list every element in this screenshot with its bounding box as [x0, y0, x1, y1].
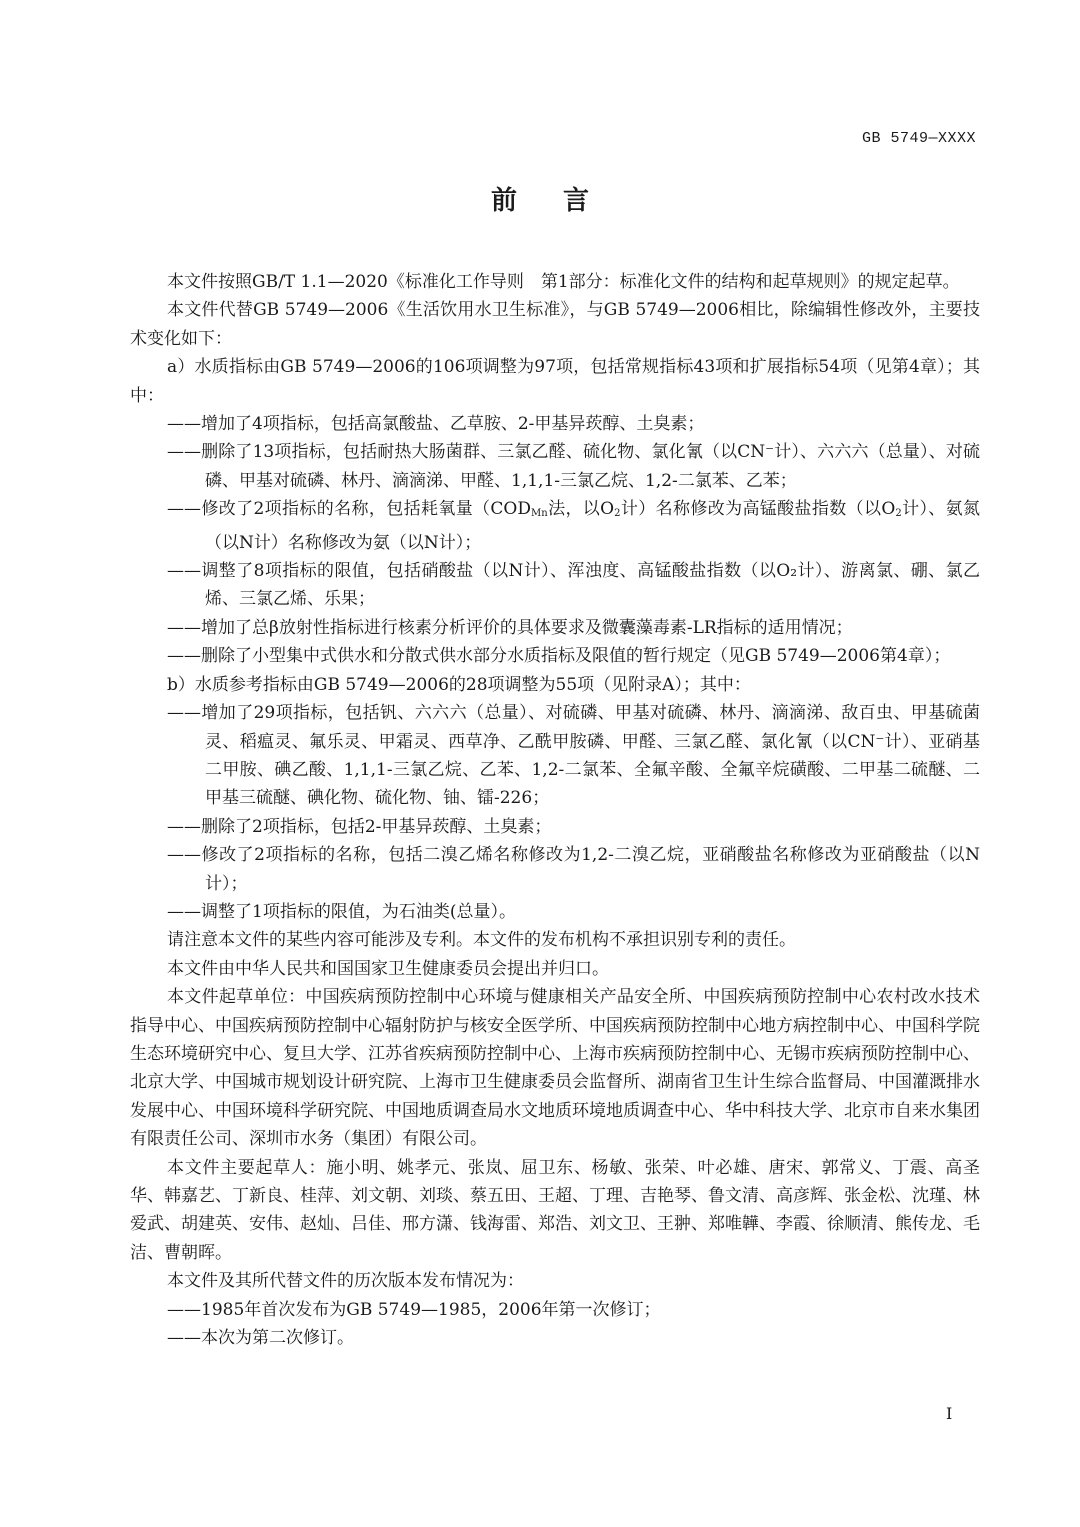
paragraph-proposer: 本文件由中华人民共和国国家卫生健康委员会提出并归口。 [130, 955, 980, 983]
paragraph-drafting-units: 本文件起草单位：中国疾病预防控制中心环境与健康相关产品安全所、中国疾病预防控制中… [130, 983, 980, 1153]
paragraph-history-intro: 本文件及其所代替文件的历次版本发布情况为： [130, 1267, 980, 1295]
standard-code: GB 5749—XXXX [862, 130, 976, 147]
list-item-a-2: ——删除了13项指标，包括耐热大肠菌群、三氯乙醛、硫化物、氯化氰（以CN⁻计）、… [167, 438, 980, 495]
list-item-b-1: ——增加了29项指标，包括钒、六六六（总量）、对硫磷、甲基对硫磷、林丹、滴滴涕、… [167, 699, 980, 813]
paragraph-drafters: 本文件主要起草人：施小明、姚孝元、张岚、屈卫东、杨敏、张荣、叶必雄、唐宋、郭常义… [130, 1154, 980, 1268]
page-number: I [946, 1404, 952, 1423]
paragraph-b-intro: b）水质参考指标由GB 5749—2006的28项调整为55项（见附录A）；其中… [130, 671, 980, 699]
list-item-a-6: ——删除了小型集中式供水和分散式供水部分水质指标及限值的暂行规定（见GB 574… [130, 642, 980, 670]
list-item-b-3: ——修改了2项指标的名称，包括二溴乙烯名称修改为1,2-二溴乙烷，亚硝酸盐名称修… [167, 841, 980, 898]
list-item-a-4: ——调整了8项指标的限值，包括硝酸盐（以N计）、浑浊度、高锰酸盐指数（以O₂计）… [167, 557, 980, 614]
paragraph-a-intro: a）水质指标由GB 5749—2006的106项调整为97项，包括常规指标43项… [130, 353, 980, 410]
paragraph-replacement: 本文件代替GB 5749—2006《生活饮用水卫生标准》，与GB 5749—20… [130, 296, 980, 353]
document-body: 本文件按照GB/T 1.1—2020《标准化工作导则 第1部分：标准化文件的结构… [130, 268, 980, 1352]
list-item-a-3: ——修改了2项指标的名称，包括耗氧量（CODMn法，以O2计）名称修改为高锰酸盐… [167, 495, 980, 557]
list-item-history-1: ——1985年首次发布为GB 5749—1985，2006年第一次修订； [167, 1296, 980, 1324]
paragraph-drafting-basis: 本文件按照GB/T 1.1—2020《标准化工作导则 第1部分：标准化文件的结构… [130, 268, 980, 296]
paragraph-patent-notice: 请注意本文件的某些内容可能涉及专利。本文件的发布机构不承担识别专利的责任。 [130, 926, 980, 954]
list-item-a-1: ——增加了4项指标，包括高氯酸盐、乙草胺、2-甲基异莰醇、土臭素； [167, 410, 980, 438]
list-item-b-2: ——删除了2项指标，包括2-甲基异莰醇、土臭素； [167, 813, 980, 841]
page-title: 前言 [0, 180, 1080, 217]
list-item-a-5: ——增加了总β放射性指标进行核素分析评价的具体要求及微囊藻毒素-LR指标的适用情… [167, 614, 980, 642]
list-item-b-4: ——调整了1项指标的限值，为石油类(总量）。 [167, 898, 980, 926]
list-item-history-2: ——本次为第二次修订。 [167, 1324, 980, 1352]
